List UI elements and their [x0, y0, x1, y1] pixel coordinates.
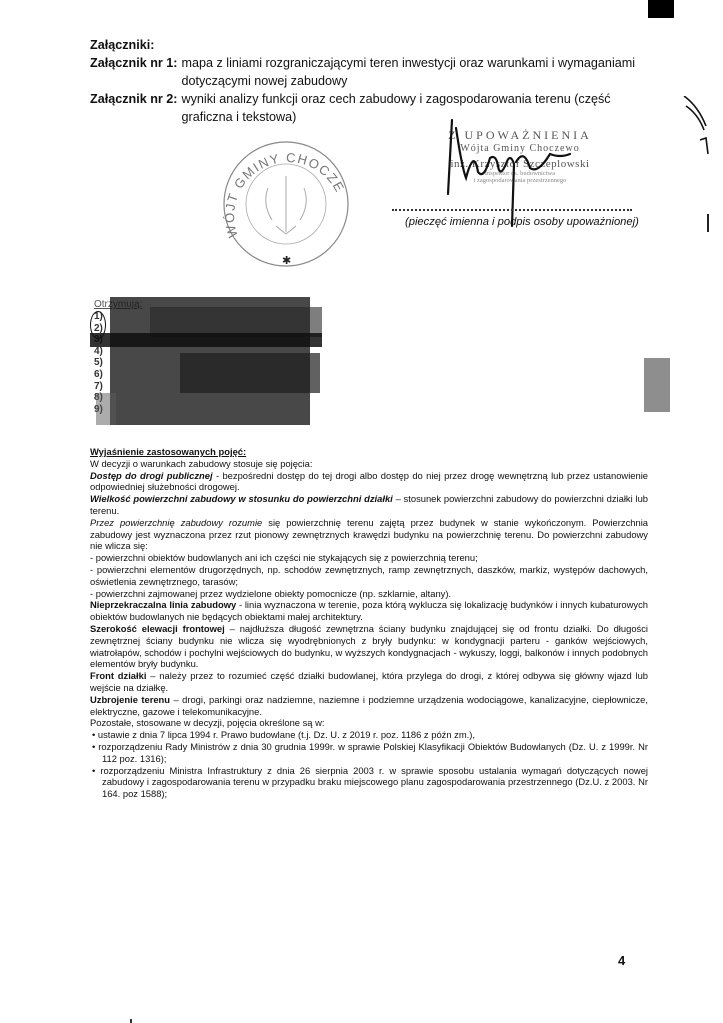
scan-gray-tab — [644, 358, 670, 412]
definitions-section: Wyjaśnienie zastosowanych pojęć: W decyz… — [90, 446, 648, 800]
exclusion-item: - powierzchni elementów drugorzędnych, n… — [90, 564, 648, 588]
attachment-label: Załącznik nr 1: — [90, 54, 178, 90]
official-stamp-icon: WÓJT GMINY CHOCZEWO ✱ — [216, 136, 356, 270]
recipient-number: 5) — [94, 357, 103, 369]
redaction-block — [180, 353, 320, 393]
page-number: 4 — [618, 953, 625, 968]
margin-mark-icon — [680, 96, 720, 166]
signature-line — [392, 209, 632, 211]
svg-text:✱: ✱ — [282, 255, 291, 267]
svg-text:WÓJT GMINY CHOCZEWO: WÓJT GMINY CHOCZEWO — [216, 136, 348, 239]
term: Nieprzekraczalna linia zabudowy — [90, 599, 236, 610]
margin-tick — [707, 214, 709, 232]
definitions-intro: W decyzji o warunkach zabudowy stosuje s… — [90, 458, 648, 470]
term: Szerokość elewacji frontowej — [90, 623, 225, 634]
attachment-item: Załącznik nr 1: mapa z liniami rozgranic… — [90, 54, 650, 90]
term: Dostęp do drogi publicznej — [90, 470, 213, 481]
legal-reference: • ustawie z dnia 7 lipca 1994 r. Prawo b… — [90, 729, 648, 741]
exclusion-item: - powierzchni obiektów budowlanych ani i… — [90, 552, 648, 564]
definition-facade-width: Szerokość elewacji frontowej – najdłuższ… — [90, 623, 648, 670]
exclusion-item: - powierzchni zajmowanej przez wydzielon… — [90, 588, 648, 600]
attachment-label: Załącznik nr 2: — [90, 90, 178, 126]
recipient-number: 4) — [94, 346, 103, 358]
definition-ratio: Wielkość powierzchni zabudowy w stosunku… — [90, 493, 648, 517]
term: Wielkość powierzchni zabudowy w stosunku… — [90, 493, 393, 504]
attachments-title: Załączniki: — [90, 36, 650, 54]
term: Front działki — [90, 670, 146, 681]
recipients-section: Otrzymują: 1) 2) 3) 4) 5) 6) 7) 8) 9) — [90, 297, 322, 425]
definition-area: Przez powierzchnię zabudowy rozumie się … — [90, 517, 648, 552]
definitions-heading: Wyjaśnienie zastosowanych pojęć: — [90, 446, 246, 457]
definition-access: Dostęp do drogi publicznej - bezpośredni… — [90, 470, 648, 494]
scan-speck — [130, 1019, 132, 1023]
signature-caption: (pieczęć imienna i podpis osoby upoważni… — [405, 216, 639, 228]
recipient-number: 7) — [94, 381, 103, 393]
attachment-text: mapa z liniami rozgraniczającymi teren i… — [182, 54, 651, 90]
redaction-block — [90, 333, 322, 347]
definition-building-line: Nieprzekraczalna linia zabudowy - linia … — [90, 599, 648, 623]
definitions-other: Pozostałe, stosowane w decyzji, pojęcia … — [90, 717, 648, 729]
legal-reference: • rozporządzeniu Ministra Infrastruktury… — [90, 765, 648, 800]
recipient-number: 6) — [94, 369, 103, 381]
redaction-block — [96, 393, 116, 425]
legal-reference: • rozporządzeniu Rady Ministrów z dnia 3… — [90, 741, 648, 765]
term-description: – należy przez to rozumieć część działki… — [90, 670, 648, 693]
stamp-text: WÓJT GMINY CHOCZEWO — [216, 136, 348, 239]
definition-plot-front: Front działki – należy przez to rozumieć… — [90, 670, 648, 694]
term-description: – drogi, parkingi oraz nadziemne, naziem… — [90, 694, 648, 717]
term: Przez powierzchnię zabudowy rozumie — [90, 517, 262, 528]
definition-utilities: Uzbrojenie terenu – drogi, parkingi oraz… — [90, 694, 648, 718]
scan-artifact-corner — [648, 0, 674, 18]
term: Uzbrojenie terenu — [90, 694, 170, 705]
